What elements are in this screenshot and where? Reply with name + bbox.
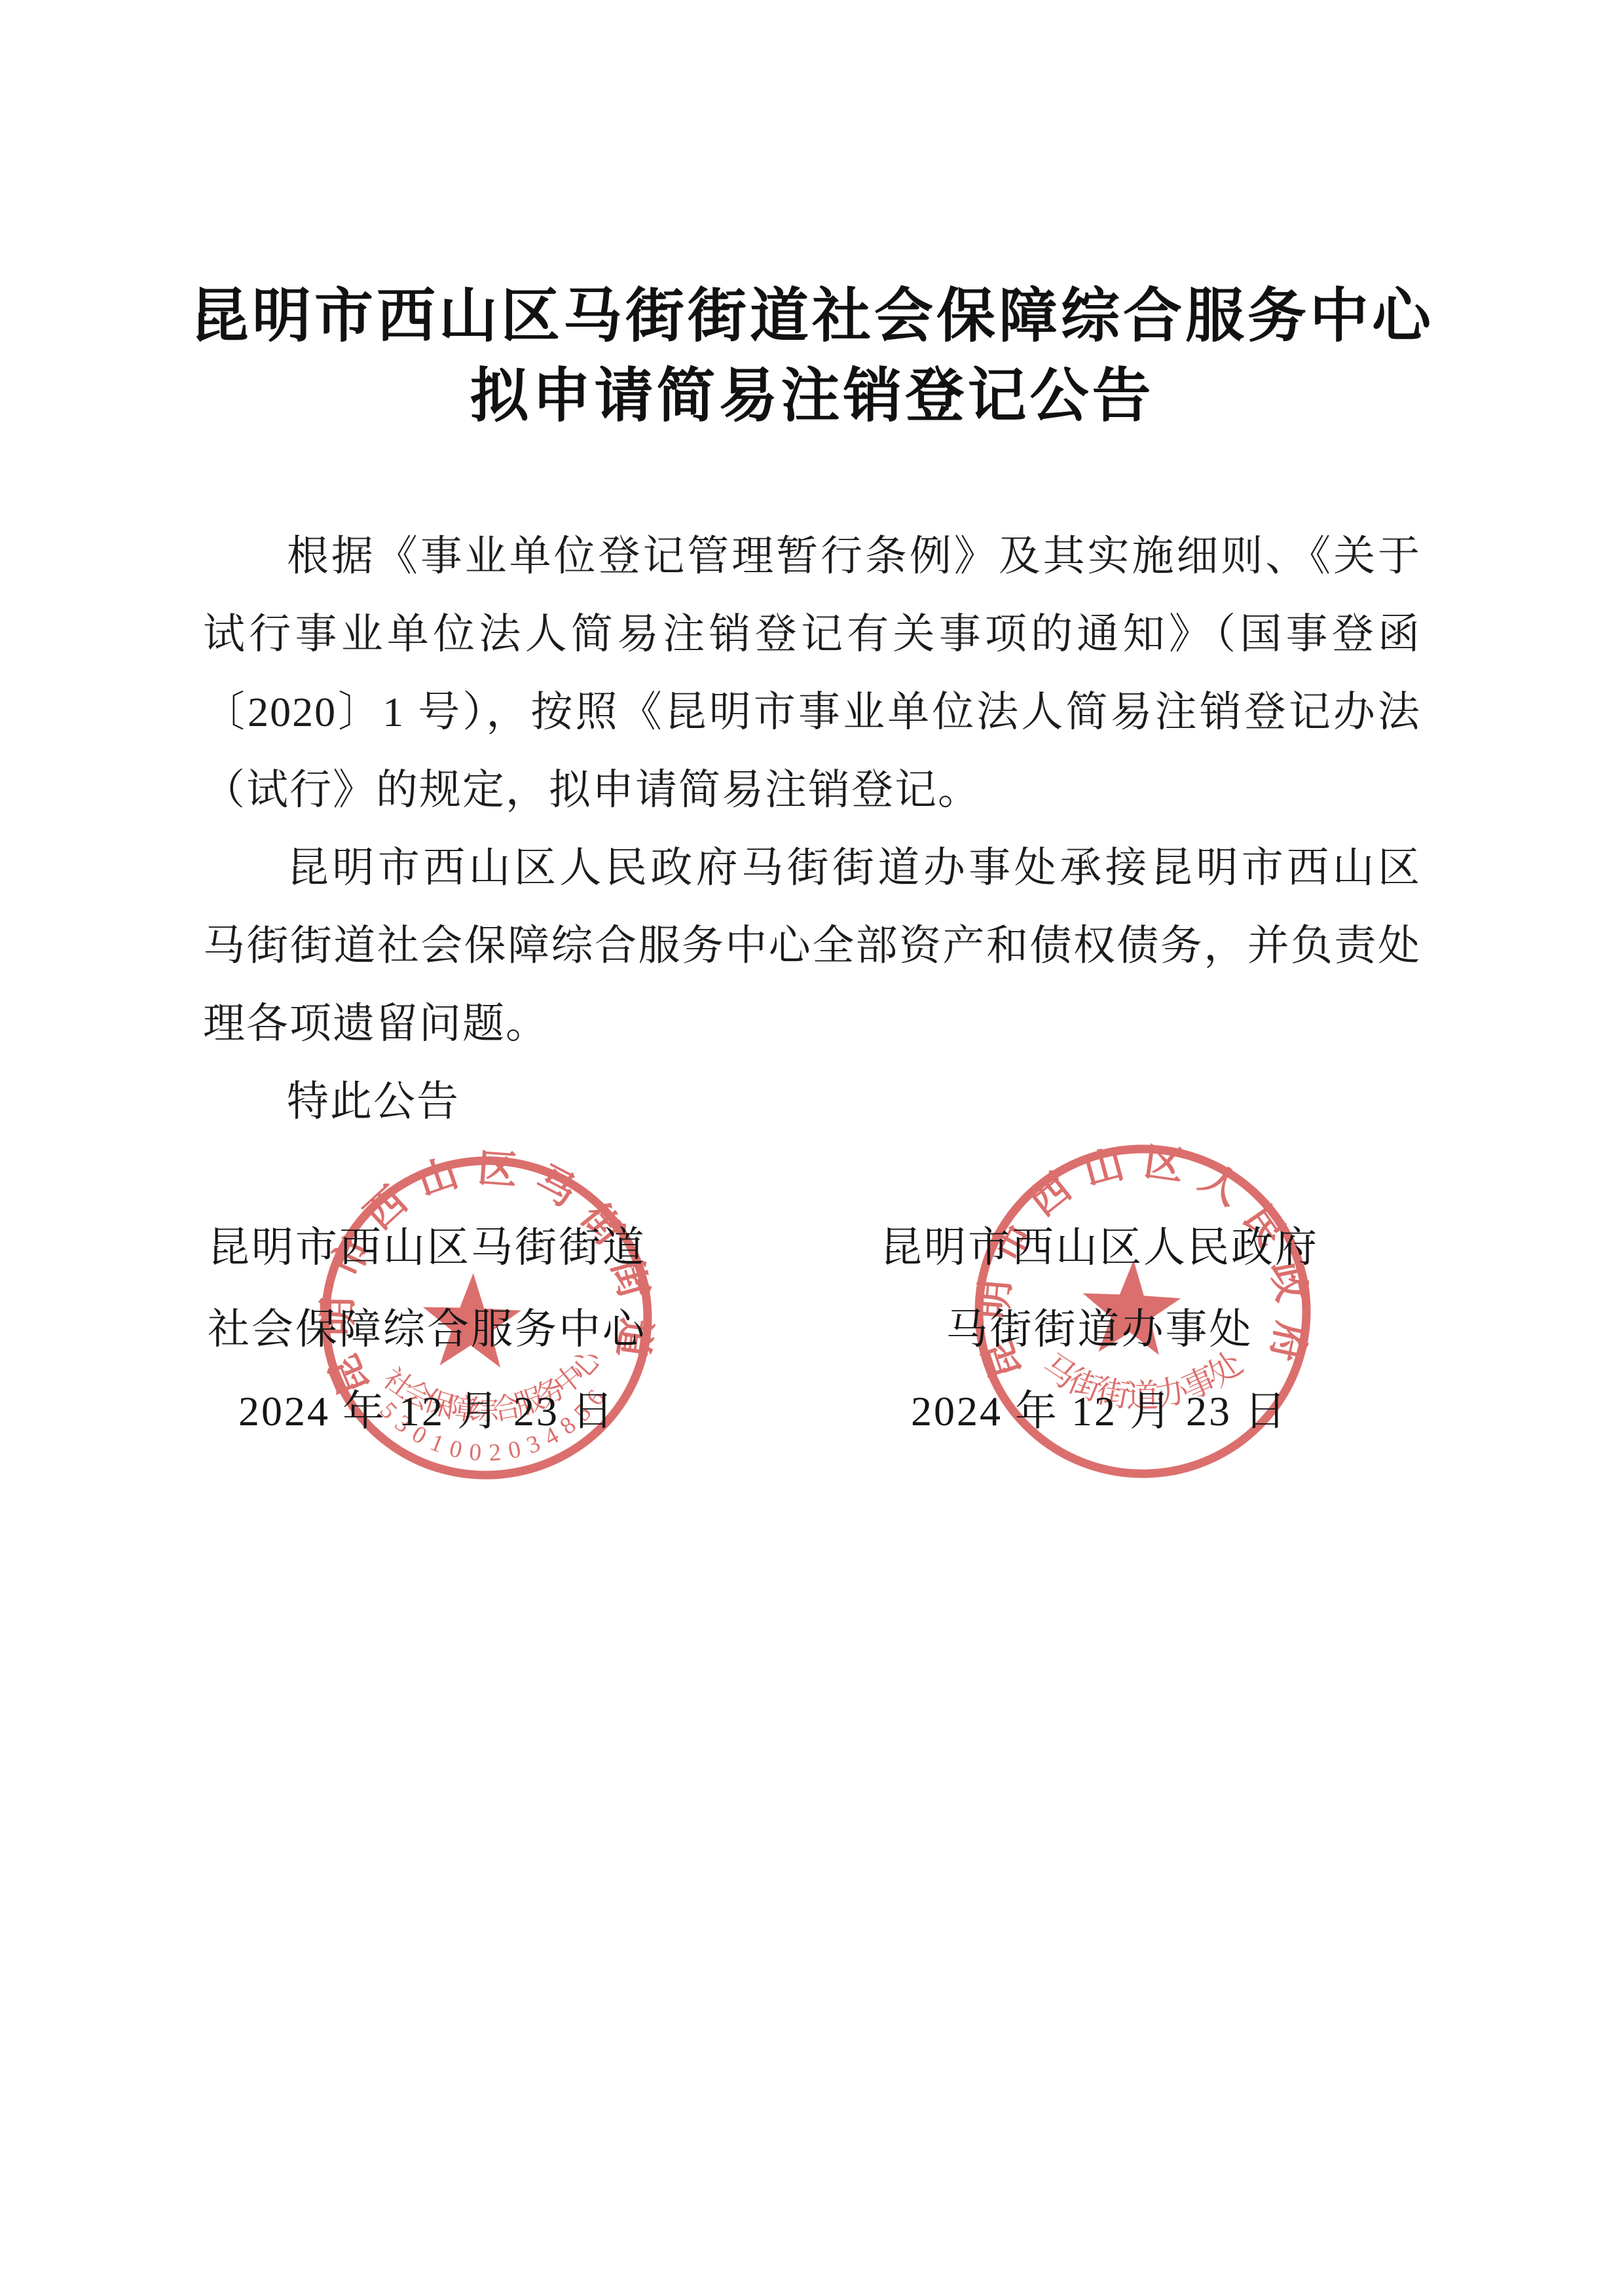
- title-line-1: 昆明市西山区马街街道社会保障综合服务中心: [0, 276, 1624, 356]
- title-line-2: 拟申请简易注销登记公告: [0, 356, 1624, 436]
- body-line-2: 试行事业单位法人简易注销登记有关事项的通知》（国事登函: [203, 595, 1421, 673]
- signer-name-line-1: 昆明市西山区人民政府: [877, 1207, 1322, 1288]
- signer-name-line-1: 昆明市西山区马街街道: [201, 1207, 653, 1288]
- body-line-closing: 特此公告: [203, 1063, 1421, 1140]
- signature-block-left: 昆明市西山区马街街道 社会保障综合服务中心 2024 年 12 月 23 日: [201, 1207, 653, 1452]
- document-title: 昆明市西山区马街街道社会保障综合服务中心 拟申请简易注销登记公告: [0, 276, 1624, 436]
- document-page: 昆明市西山区马街街道社会保障综合服务中心 拟申请简易注销登记公告 根据《事业单位…: [0, 0, 1624, 2296]
- signature-block-right: 昆明市西山区人民政府 马街街道办事处 2024 年 12 月 23 日: [877, 1207, 1322, 1452]
- body-line-3: 〔2020〕1 号），按照《昆明市事业单位法人简易注销登记办法: [203, 673, 1421, 751]
- body-line-6: 马街街道社会保障综合服务中心全部资产和债权债务，并负责处: [203, 907, 1421, 985]
- signer-name-line-2: 马街街道办事处: [877, 1288, 1322, 1370]
- body-line-7: 理各项遗留问题。: [203, 985, 1421, 1063]
- signature-date: 2024 年 12 月 23 日: [201, 1370, 653, 1452]
- signer-name-line-2: 社会保障综合服务中心: [201, 1288, 653, 1370]
- body-line-5: 昆明市西山区人民政府马街街道办事处承接昆明市西山区: [203, 829, 1421, 907]
- body-line-4: （试行》的规定，拟申请简易注销登记。: [203, 751, 1421, 829]
- signature-date: 2024 年 12 月 23 日: [877, 1370, 1322, 1452]
- body-text: 根据《事业单位登记管理暂行条例》及其实施细则、《关于 试行事业单位法人简易注销登…: [203, 517, 1421, 1140]
- body-line-1: 根据《事业单位登记管理暂行条例》及其实施细则、《关于: [203, 517, 1421, 595]
